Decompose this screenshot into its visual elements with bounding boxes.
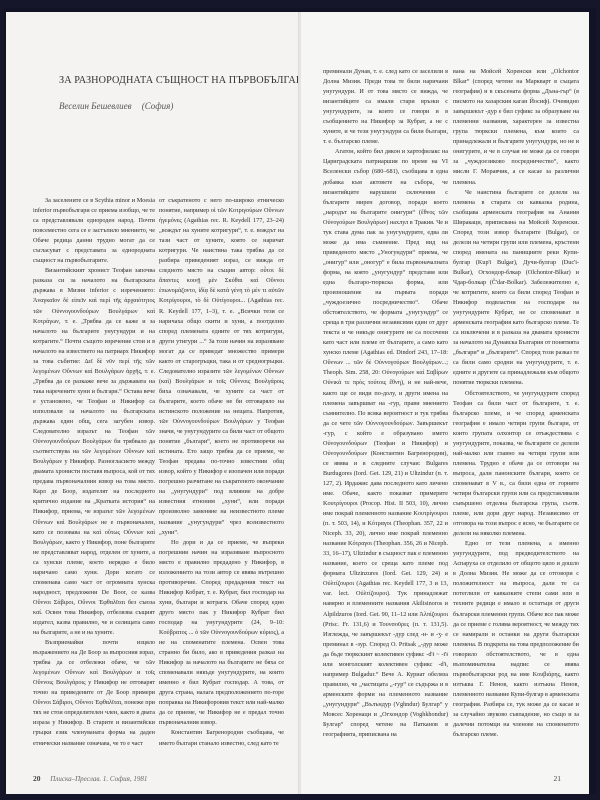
author-affiliation: (София) xyxy=(142,101,174,111)
paragraph: Константин Багренородни съобщава, че име… xyxy=(159,728,284,748)
paragraph: преминали Дунав, т. е. след като се засе… xyxy=(323,67,448,147)
paragraph: вана на Мойсей Хоренски или „Olchontor B… xyxy=(453,67,579,188)
paragraph: Едно от тези племена, а именно унугундур… xyxy=(453,539,579,740)
paragraph: Но дори и да се приеме, че въпреки погре… xyxy=(159,538,284,729)
left-page-column-1: За заселените се в Scythia minor и Moesi… xyxy=(33,196,155,721)
paragraph: от съкратеното с него по-широко етническ… xyxy=(159,196,284,538)
paragraph: Агатон, който бил дякон и хартофилакс на… xyxy=(323,147,448,740)
author-name: Веселин Бешевлиев xyxy=(59,101,131,111)
right-page-column-1: преминали Дунав, т. е. след като се засе… xyxy=(323,67,448,717)
article-author: Веселин Бешевлиев (София) xyxy=(59,101,173,111)
page-number: 20 xyxy=(33,774,41,783)
left-page-footer: 20 Плиска–Преслав. 1. София, 1981 xyxy=(33,774,147,783)
paragraph: Обстоятелството, че унугундурите според … xyxy=(453,389,579,540)
left-page-column-2: от съкратеното с него по-широко етническ… xyxy=(159,196,284,721)
right-page: преминали Дунав, т. е. след като се засе… xyxy=(301,12,589,794)
right-page-column-2: вана на Мойсей Хоренски или „Olchontor B… xyxy=(453,67,579,677)
right-page-footer: 21 xyxy=(554,774,562,783)
article-title: ЗА РАЗНОРОДНАТА СЪЩНОСТ НА ПЪРВОБЪЛГАРИТ… xyxy=(59,75,299,86)
paragraph: За заселените се в Scythia minor и Moesi… xyxy=(33,196,155,266)
paragraph: Възприемайки почти изцяло възражението н… xyxy=(33,638,155,749)
paragraph: Византийският хронист Теофан започва раз… xyxy=(33,266,155,638)
journal-citation: Плиска–Преслав. 1. София, 1981 xyxy=(50,775,147,783)
page-number: 21 xyxy=(554,774,562,783)
left-page: ЗА РАЗНОРОДНАТА СЪЩНОСТ НА ПЪРВОБЪЛГАРИТ… xyxy=(6,12,299,794)
paragraph: Че наистина българите се делели на племе… xyxy=(453,188,579,389)
book-spread: ЗА РАЗНОРОДНАТА СЪЩНОСТ НА ПЪРВОБЪЛГАРИТ… xyxy=(4,8,596,794)
